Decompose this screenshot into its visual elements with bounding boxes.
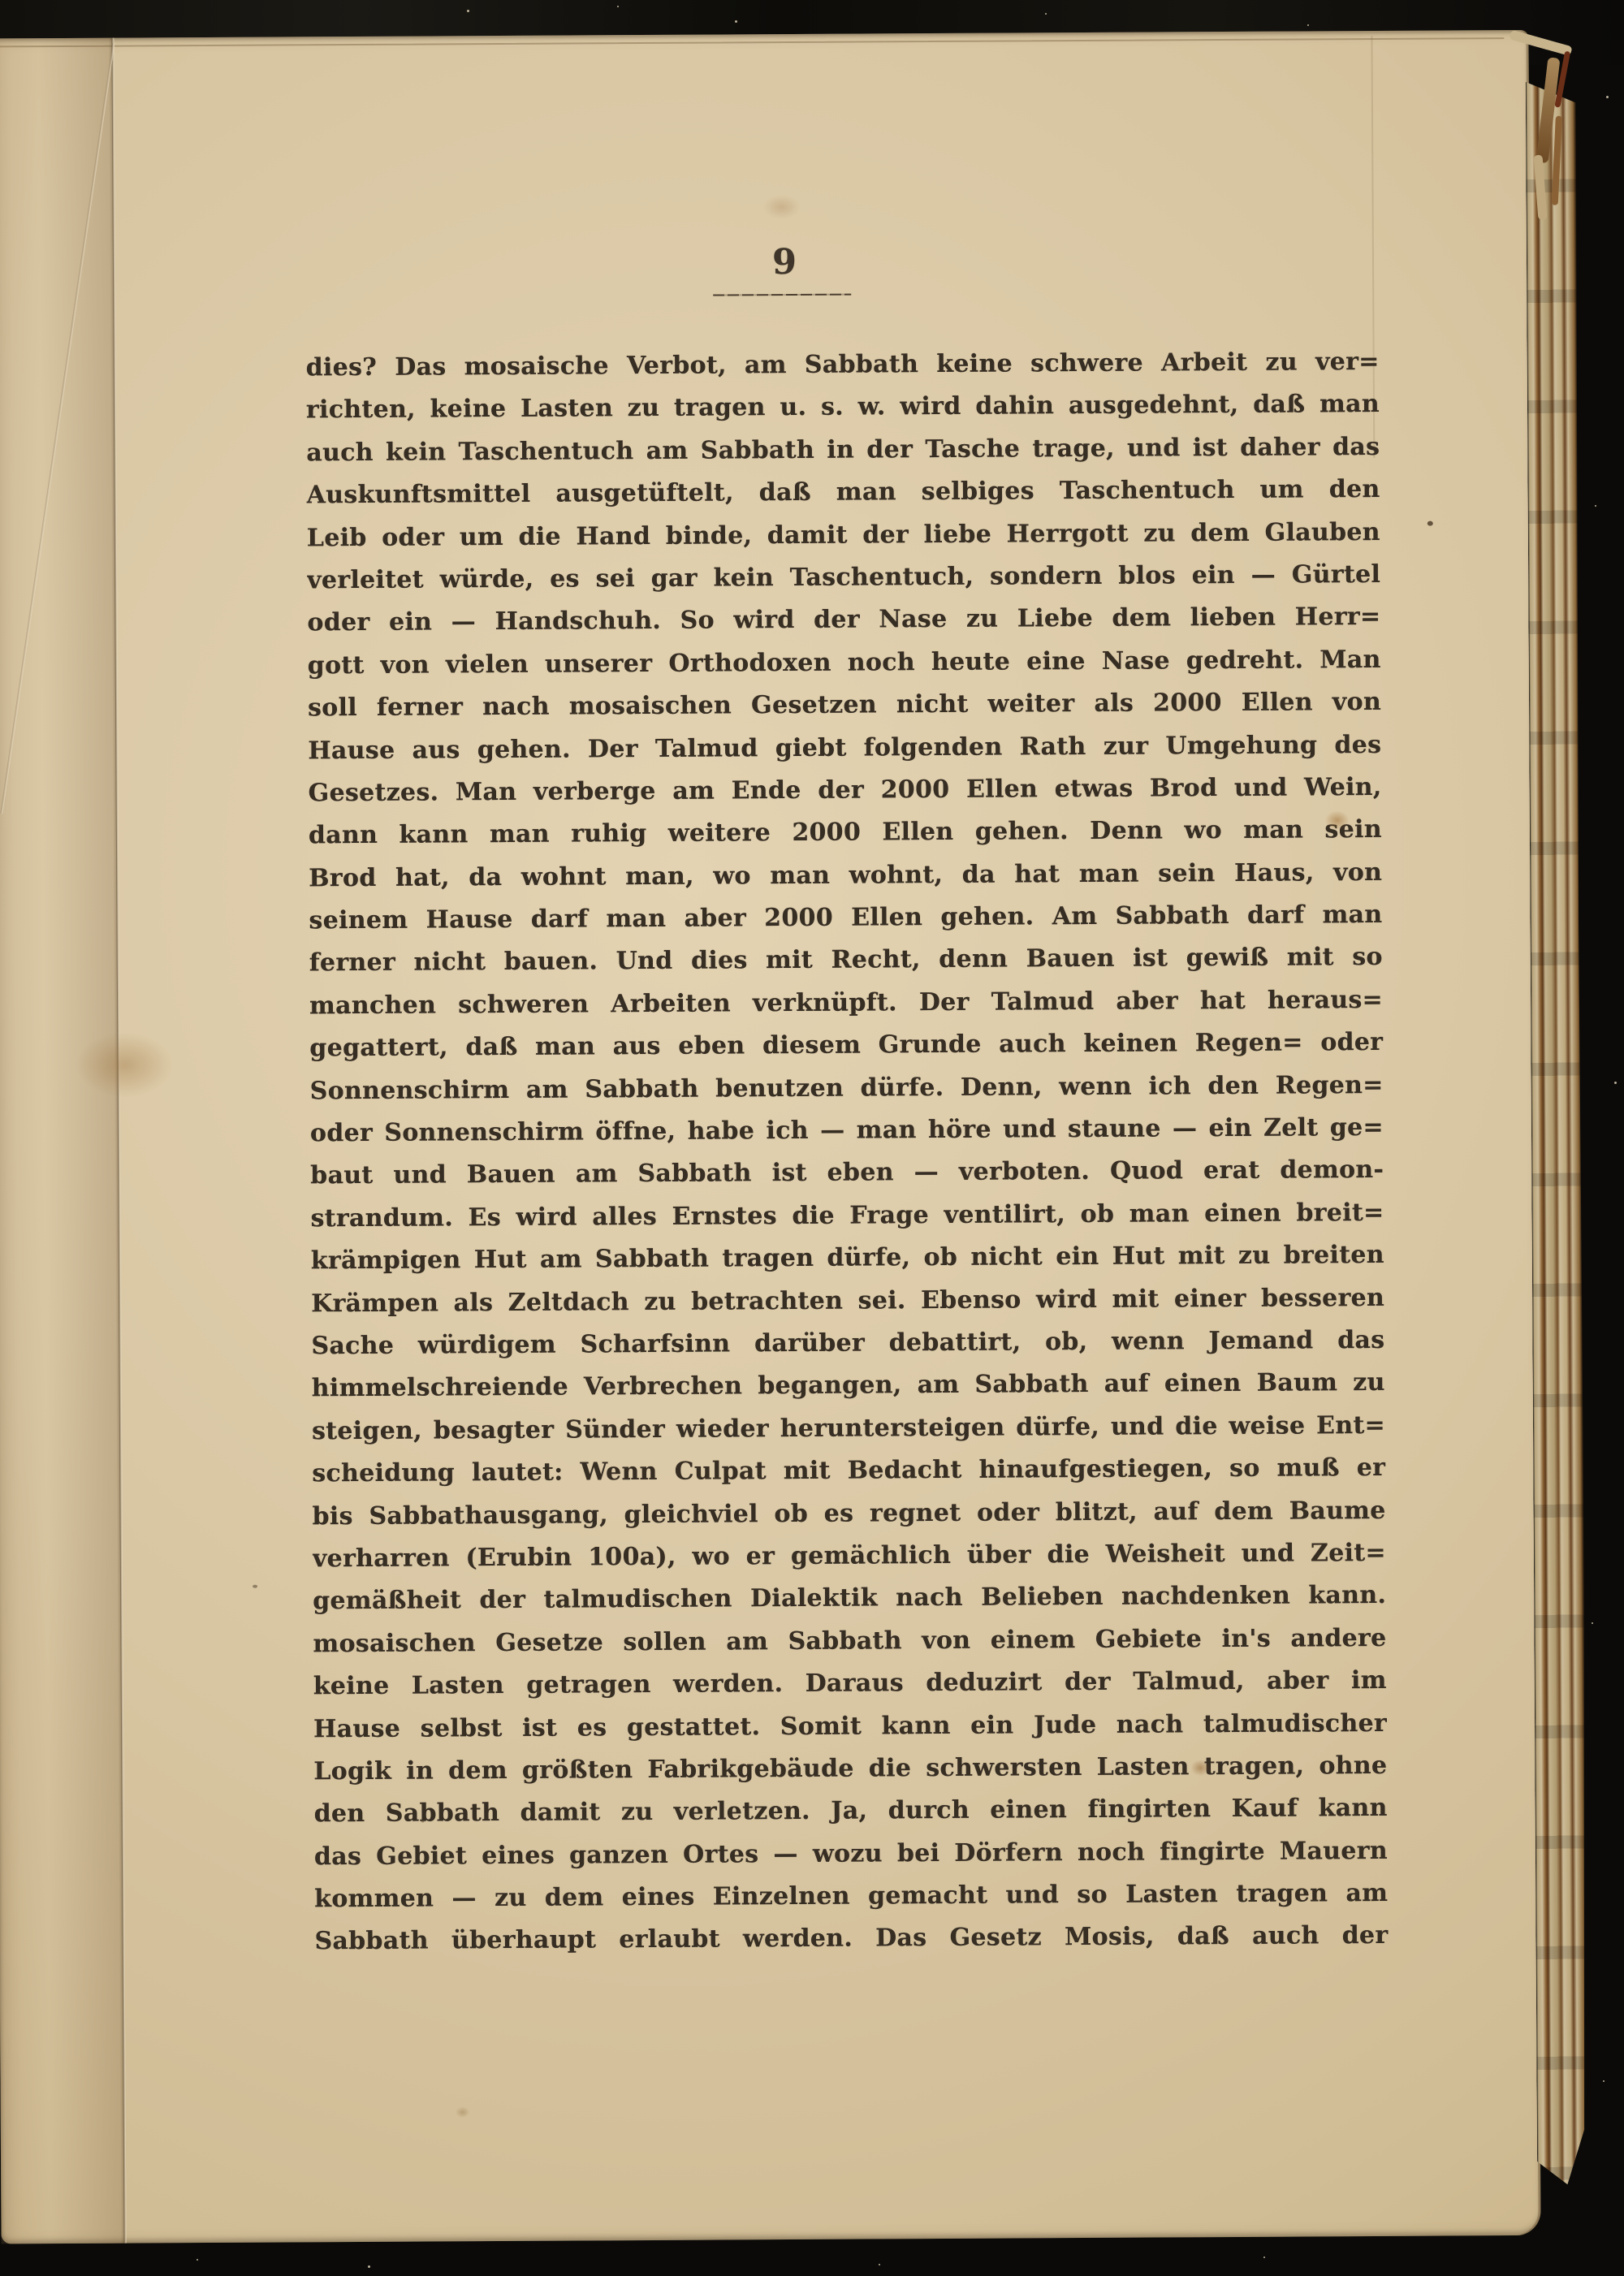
text-block: dies? Das mosaische Verbot, am Sabbath k… [306, 341, 1389, 1963]
dust-speck [735, 20, 737, 23]
text-line: Leib oder um die Hand binde, damit der l… [307, 512, 1380, 560]
text-line: seinem Hause darf man aber 2000 Ellen ge… [309, 894, 1382, 943]
text-line: gott von vielen unserer Orthodoxen noch … [308, 639, 1381, 688]
text-line: Auskunftsmittel ausgetüftelt, daß man se… [306, 469, 1380, 517]
ink-speck [253, 1585, 257, 1588]
text-line: scheidung lautet: Wenn Culpat mit Bedach… [312, 1447, 1385, 1496]
text-line: krämpigen Hut am Sabbath tragen dürfe, o… [311, 1234, 1384, 1283]
text-line: den Sabbath damit zu verletzen. Ja, durc… [314, 1787, 1388, 1836]
text-line: das Gebiet eines ganzen Ortes — wozu bei… [314, 1830, 1388, 1879]
text-line: oder Sonnenschirm öffne, habe ich — man … [310, 1107, 1384, 1155]
paper-fray [1552, 116, 1562, 205]
dust-speck [1603, 2080, 1605, 2082]
book-page: 9 dies? Das mosaische Verbot, am Sabbath… [0, 30, 1541, 2244]
page-number-rule [713, 294, 851, 296]
text-line: dies? Das mosaische Verbot, am Sabbath k… [306, 341, 1380, 390]
text-line: dann kann man ruhig weitere 2000 Ellen g… [309, 809, 1382, 857]
stain [763, 195, 801, 219]
text-line: soll ferner nach mosaischen Gesetzen nic… [308, 681, 1381, 730]
text-line: Sonnenschirm am Sabbath benutzen dürfe. … [310, 1065, 1384, 1113]
dust-speck [1614, 1082, 1617, 1084]
text-line: oder ein — Handschuh. So wird der Nase z… [307, 596, 1380, 645]
dust-speck [1592, 1622, 1593, 1624]
dust-speck [368, 2265, 370, 2268]
book: 9 dies? Das mosaische Verbot, am Sabbath… [0, 30, 1590, 2244]
text-line: gemäßheit der talmudischen Dialektik nac… [313, 1574, 1386, 1623]
stain [1190, 1760, 1210, 1776]
scanned-book-photo: 9 dies? Das mosaische Verbot, am Sabbath… [0, 0, 1624, 2276]
text-line: keine Lasten getragen werden. Daraus ded… [313, 1660, 1387, 1708]
dust-speck [879, 2264, 880, 2265]
dust-speck [1263, 2257, 1265, 2258]
paper-fray [1509, 30, 1572, 57]
text-line: Hause selbst ist es gestattet. Somit kan… [313, 1702, 1387, 1751]
torn-corner-fibers [1484, 18, 1608, 238]
text-line: kommen — zu dem eines Einzelnen gemacht … [314, 1872, 1388, 1921]
stain [1325, 810, 1350, 830]
stain [76, 1032, 173, 1098]
text-line: Brod hat, da wohnt man, wo man wohnt, da… [309, 852, 1382, 900]
underlying-page-edge [0, 37, 1504, 47]
page-number: 9 [698, 241, 870, 283]
text-line: richten, keine Lasten zu tragen u. s. w.… [306, 383, 1380, 432]
ink-speck [1427, 521, 1433, 526]
dust-speck [1045, 13, 1047, 15]
dust-speck [617, 6, 619, 7]
text-line: Sabbath überhaupt erlaubt werden. Das Ge… [314, 1915, 1388, 1963]
paper-fray [1533, 155, 1547, 221]
text-line: Hause aus gehen. Der Talmud giebt folgen… [308, 723, 1381, 772]
text-line: Gesetzes. Man verberge am Ende der 2000 … [308, 767, 1381, 815]
text-line: ferner nicht bauen. Und dies mit Recht, … [309, 936, 1383, 985]
text-line: auch kein Taschentuch am Sabbath in der … [306, 426, 1380, 475]
dust-speck [197, 2259, 198, 2261]
stain [456, 2106, 470, 2118]
dust-speck [1307, 24, 1309, 26]
text-line: himmelschreiende Verbrechen begangen, am… [312, 1362, 1385, 1410]
text-line: verleitet würde, es sei gar kein Taschen… [307, 554, 1380, 602]
gutter-shading [0, 38, 125, 2244]
text-line: Krämpen als Zeltdach zu betrachten sei. … [311, 1277, 1384, 1326]
text-line: baut und Bauen am Sabbath ist eben — ver… [310, 1149, 1384, 1198]
dust-speck [1606, 96, 1609, 98]
text-line: gegattert, daß man aus eben diesem Grund… [309, 1021, 1383, 1070]
dust-speck [1595, 505, 1596, 507]
text-line: Sache würdigem Scharfsinn darüber debatt… [311, 1319, 1384, 1368]
text-line: bis Sabbathausgang, gleichviel ob es reg… [312, 1489, 1385, 1538]
text-line: strandum. Es wird alles Ernstes die Frag… [310, 1192, 1384, 1241]
text-line: manchen schweren Arbeiten verknüpft. Der… [309, 979, 1383, 1028]
text-line: mosaischen Gesetze sollen am Sabbath von… [313, 1617, 1386, 1666]
ink-speck [421, 1820, 425, 1823]
text-line: verharren (Erubin 100a), wo er gemächlic… [313, 1532, 1386, 1581]
text-line: steigen, besagter Sünder wieder herunter… [312, 1405, 1385, 1453]
dust-speck [467, 10, 469, 12]
text-line: Logik in dem größten Fabrikgebäude die s… [313, 1745, 1387, 1794]
